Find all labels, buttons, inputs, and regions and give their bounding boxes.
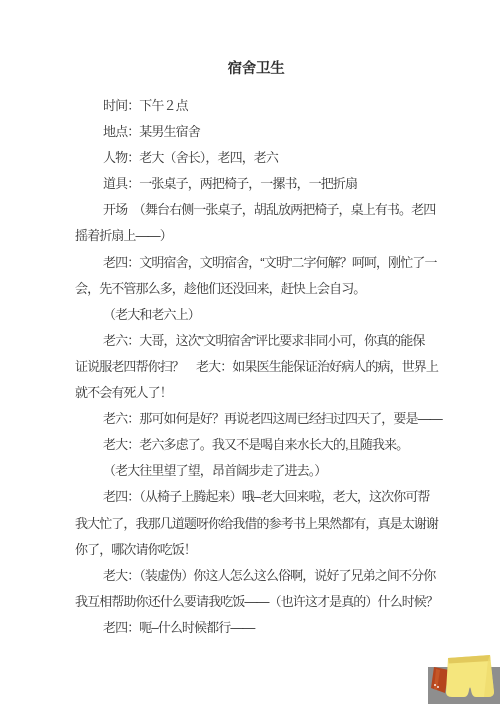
script-line-time: 时间：下午２点	[75, 93, 437, 119]
script-line-cast: 人物：老大（舍长），老四，老六	[75, 145, 437, 171]
script-line: 老大：（装虚伪）你这人怎么这么俗啊，说好了兄弟之间不分你	[75, 563, 437, 589]
script-line: 你了，哪次请你吃饭！	[75, 537, 437, 563]
script-body: 时间：下午２点 地点：某男生宿舍 人物：老大（舍长），老四，老六 道具：一张桌子…	[75, 93, 437, 641]
script-line-props: 道具：一张桌子，两把椅子，一摞书，一把折扇	[75, 171, 437, 197]
script-line: 老大：老六多虑了。我又不是喝自来水长大的,且随我来。	[75, 432, 437, 458]
yellow-shorts-icon	[428, 654, 500, 704]
document-page: 宿舍卫生 时间：下午２点 地点：某男生宿舍 人物：老大（舍长），老四，老六 道具…	[0, 0, 500, 704]
script-line: 我大忙了，我那几道题呀你给我借的参考书上果然都有，真是太谢谢	[75, 511, 437, 537]
script-line: 就不会有死人了！	[75, 380, 437, 406]
page-title: 宿舍卫生	[75, 58, 437, 80]
script-line: （老大往里望了望，昂首阔步走了进去。）	[75, 458, 437, 484]
script-line: 开场 （舞台右侧一张桌子，胡乱放两把椅子，桌上有书。老四	[75, 197, 437, 223]
script-line: 老四：呃–什么时候都行——	[75, 615, 437, 641]
script-line: 老六：大哥，这次“文明宿舍”评比要求非同小可，你真的能保	[75, 328, 437, 354]
script-line: 我互相帮助你还什么要请我吃饭——（也许这才是真的）什么时候？	[75, 589, 437, 615]
script-line: 老四：（从椅子上腾起来）哦–老大回来啦，老大，这次你可帮	[75, 484, 437, 510]
script-line: 摇着折扇上——）	[75, 223, 437, 249]
watermark-logo	[428, 654, 500, 704]
script-line: （老大和老六上）	[75, 302, 437, 328]
script-line: 会，先不管那么多，趁他们还没回来，赶快上会自习。	[75, 276, 437, 302]
script-line: 老四：文明宿舍，文明宿舍，“文明”二字何解？呵呵，刚忙了一	[75, 250, 437, 276]
script-line-place: 地点：某男生宿舍	[75, 119, 437, 145]
script-line: 证说服老四帮你扫？ 老大：如果医生能保证治好病人的病，世界上	[75, 354, 437, 380]
script-line: 老六：那可如何是好？再说老四这周已经扫过四天了，要是——	[75, 406, 437, 432]
